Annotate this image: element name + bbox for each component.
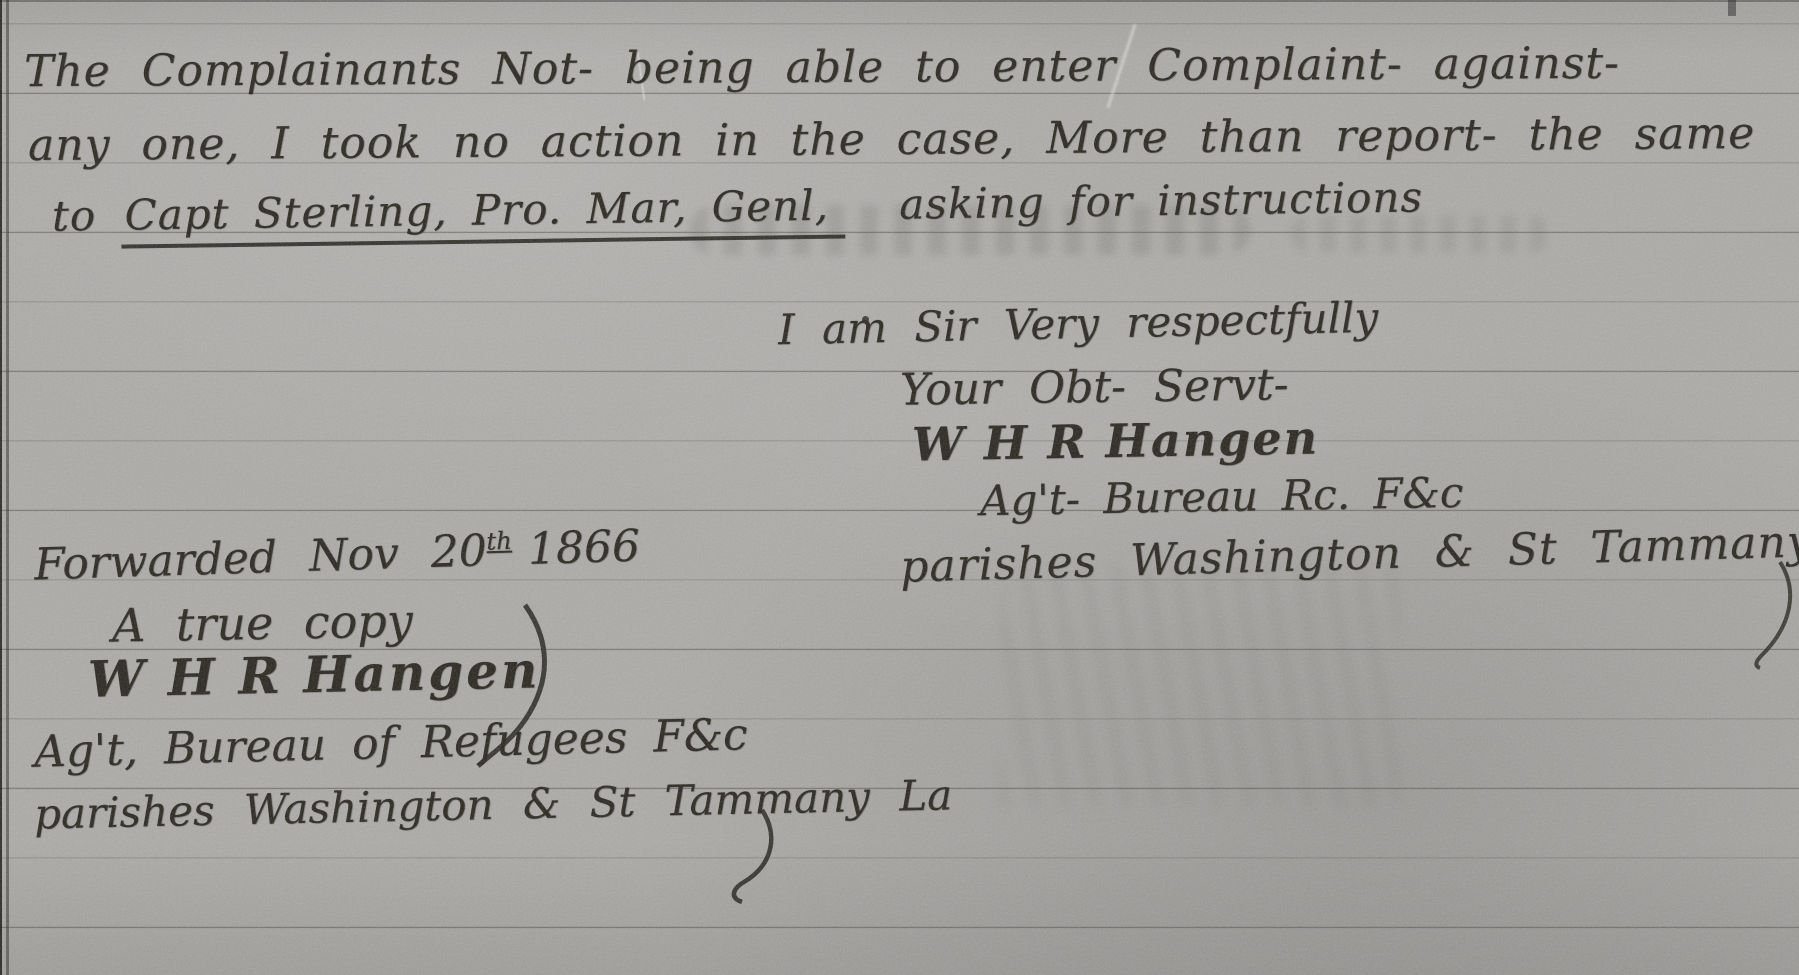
ink-bleedthrough-smudge (1000, 565, 1400, 805)
scan-edge-left (0, 0, 2, 975)
pen-flourish (1740, 560, 1799, 670)
closing-respectfully-line: I am Sir Very respectfully (778, 297, 1379, 352)
endorsement-agent-title: Ag't, Bureau of Refugees F&c (34, 713, 749, 774)
scanned-letter-page: The Complainants Not- being able to ente… (0, 0, 1799, 975)
signature-hangen-endorsement: W H R Hangen (88, 645, 541, 704)
scan-edge-top (0, 0, 1799, 2)
true-copy-line: A true copy (112, 597, 413, 648)
body-line-3-pre: to (52, 191, 97, 241)
forwarded-ordinal-sup: th (486, 527, 512, 556)
underlined-addressee: Capt Sterling, Pro. Mar, Genl, (120, 185, 845, 249)
scan-edge-left-inner (6, 0, 9, 975)
scan-notch-top-right (1728, 0, 1736, 16)
closing-agent-title: Ag't- Bureau Rc. F&c (980, 472, 1464, 522)
body-line-3-post: asking for instructions (899, 172, 1423, 228)
forwarded-pre: Forwarded Nov 20 (33, 525, 487, 590)
closing-parishes-line: parishes Washington & St Tammany (900, 520, 1799, 589)
forwarded-date-line: Forwarded Nov 20th1866 (33, 524, 640, 587)
endorsement-parishes-line: parishes Washington & St Tammany La (34, 774, 953, 835)
body-line-2: any one, I took no action in the case, M… (28, 112, 1755, 168)
forwarded-year: 1866 (527, 520, 641, 574)
signature-hangen-closing: W H R Hangen (912, 414, 1320, 467)
body-line-1: The Complainants Not- being able to ente… (24, 42, 1620, 94)
closing-obt-servt-line: Your Obt- Servt- (900, 363, 1289, 412)
